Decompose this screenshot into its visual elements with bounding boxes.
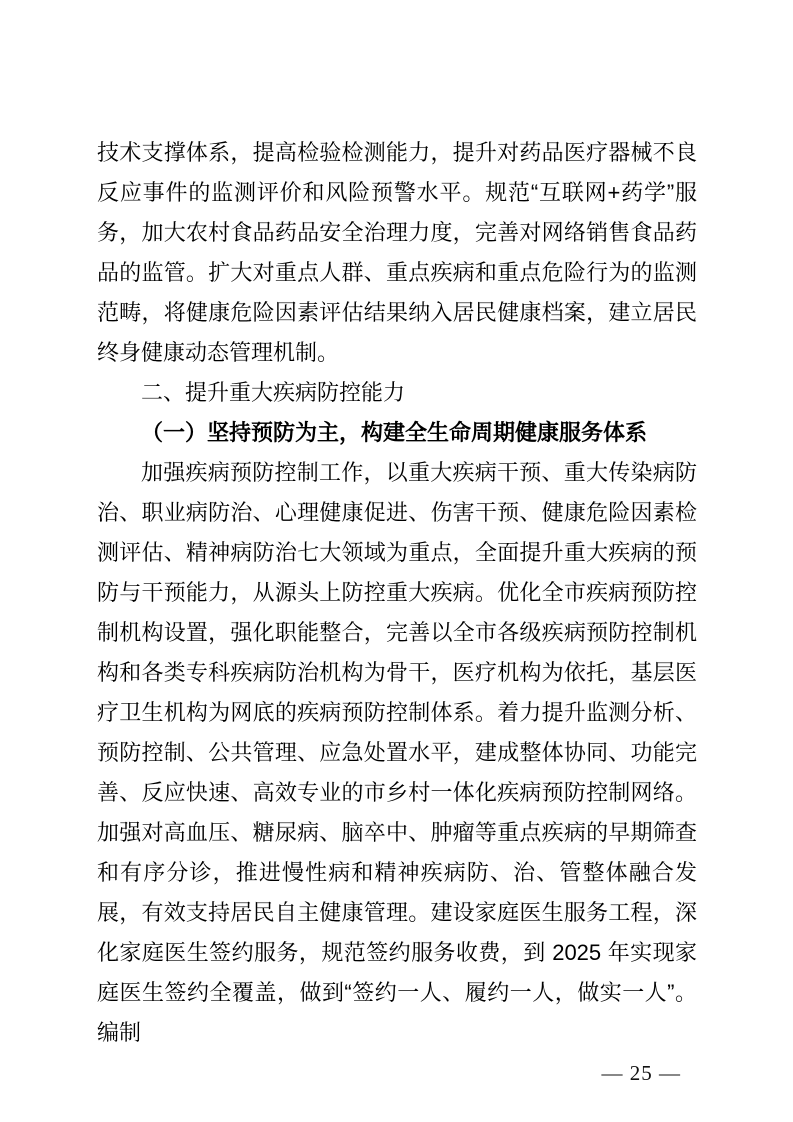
paragraph-continuation: 技术支撑体系，提高检验检测能力，提升对药品医疗器械不良反应事件的监测评价和风险预… (97, 133, 697, 373)
page-footer: — 25 — (97, 1061, 697, 1085)
page-number: — 25 — (602, 1061, 682, 1085)
document-page: 技术支撑体系，提高检验检测能力，提升对药品医疗器械不良反应事件的监测评价和风险预… (0, 0, 793, 1122)
sub-section-heading: （一）坚持预防为主，构建全生命周期健康服务体系 (97, 413, 697, 453)
section-heading: 二、提升重大疾病防控能力 (97, 373, 697, 413)
paragraph-body: 加强疾病预防控制工作，以重大疾病干预、重大传染病防治、职业病防治、心理健康促进、… (97, 453, 697, 1053)
document-body: 技术支撑体系，提高检验检测能力，提升对药品医疗器械不良反应事件的监测评价和风险预… (97, 133, 697, 1053)
